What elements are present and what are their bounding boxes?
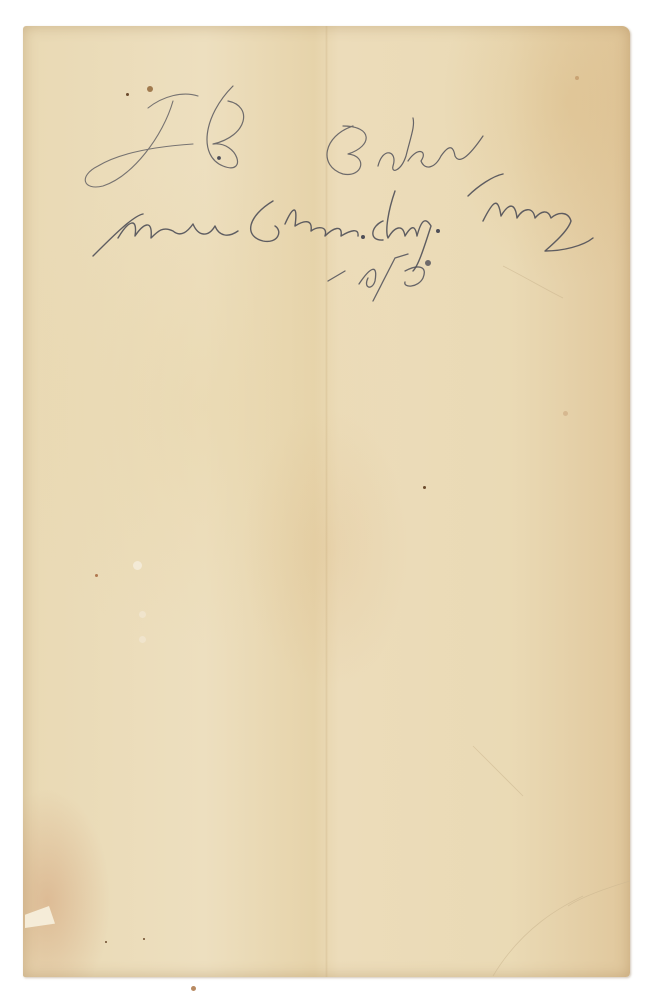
paper-creases: [23, 26, 630, 977]
paper-sheet: J. B. Baker Master Steam Ship Mary 1875: [23, 26, 630, 977]
foxing-spot: [191, 986, 196, 991]
